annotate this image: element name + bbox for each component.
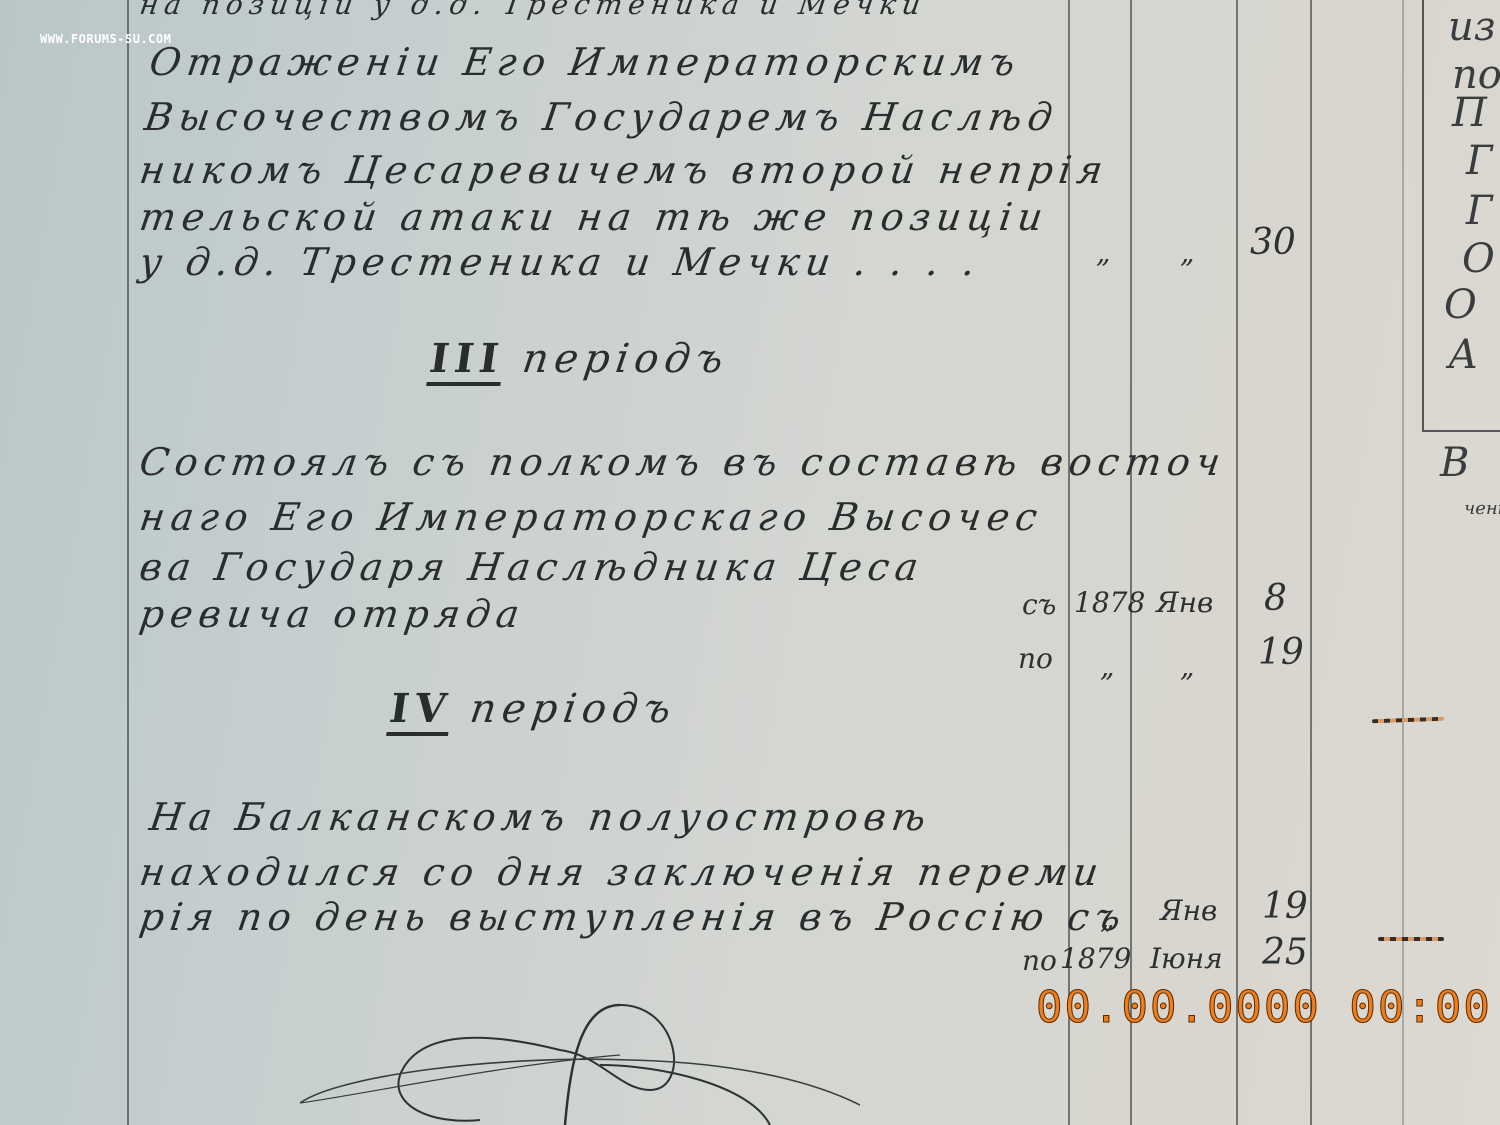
year-ditto: „ (1100, 650, 1115, 683)
text-line: рія по день выступленія въ Россію съ (137, 895, 1130, 939)
day-value: 19 (1258, 632, 1304, 673)
text-line: На Балканскомъ полуостровѣ (147, 795, 935, 839)
section-word: періодъ (520, 336, 732, 382)
closing-flourish (300, 995, 860, 1125)
text-line: находился со дня заключенія переми (137, 850, 1107, 894)
text-line: Отраженіи Его Императорскимъ (147, 40, 1024, 84)
text-line: никомъ Цесаревичемъ второй непрія (137, 148, 1112, 192)
text-line: ва Государя Наслѣдника Цеса (137, 545, 927, 589)
margin-fragment: из (1448, 4, 1496, 50)
year-value: 1879 (1060, 942, 1131, 975)
month-ditto: „ (1180, 650, 1195, 683)
month-value: Янв (1156, 586, 1213, 619)
text-line: Высочествомъ Государемъ Наслѣд (142, 95, 1061, 139)
margin-fragment: Г (1466, 138, 1492, 184)
month-value: Янв (1160, 894, 1217, 927)
month-ditto: „ (1180, 236, 1195, 269)
month-value: Іюня (1150, 942, 1223, 975)
year-value: 1878 (1074, 586, 1145, 619)
margin-fragment: Г (1466, 188, 1492, 234)
left-margin-rule (127, 0, 129, 1125)
text-line: у д.д. Трестеника и Мечки . . . . (137, 240, 984, 284)
binding-thread (1378, 937, 1444, 941)
date-prefix: по (1018, 642, 1053, 675)
binding-thread (1372, 717, 1444, 724)
text-line: на позиціи у д.д. Трестеника и Мечки (138, 0, 929, 21)
section-heading-iv: IV періодъ (387, 685, 680, 732)
margin-fragment: чені (1464, 498, 1500, 519)
date-prefix: съ (1022, 588, 1056, 621)
day-value: 19 (1262, 886, 1308, 927)
section-word: періодъ (467, 686, 679, 732)
text-line: ревича отряда (137, 592, 528, 636)
year-ditto: „ (1096, 236, 1111, 269)
day-value: 8 (1264, 578, 1287, 619)
margin-fragment: О (1444, 282, 1477, 328)
year-ditto: „ (1100, 902, 1115, 935)
day-value: 25 (1262, 932, 1308, 973)
column-rule-end (1310, 0, 1312, 1125)
text-line: наго Его Императорскаго Высочес (137, 495, 1046, 539)
text-line: тельской атаки на тѣ же позиціи (137, 195, 1051, 239)
section-numeral: III (427, 335, 508, 382)
margin-fragment: О (1462, 236, 1495, 282)
section-numeral: IV (387, 685, 455, 732)
page-gutter (1402, 0, 1404, 1125)
date-prefix: по (1022, 944, 1057, 977)
text-line: Состоялъ съ полкомъ въ составѣ восточ (137, 440, 1229, 484)
margin-fragment: А (1448, 332, 1478, 378)
day-value: 30 (1250, 222, 1296, 263)
column-rule-day (1236, 0, 1238, 1125)
section-heading-iii: III періодъ (427, 335, 732, 382)
margin-fragment: В (1440, 440, 1469, 486)
margin-fragment: П (1452, 90, 1487, 136)
camera-timestamp: 00.00.0000 00:00 (1036, 982, 1492, 1033)
